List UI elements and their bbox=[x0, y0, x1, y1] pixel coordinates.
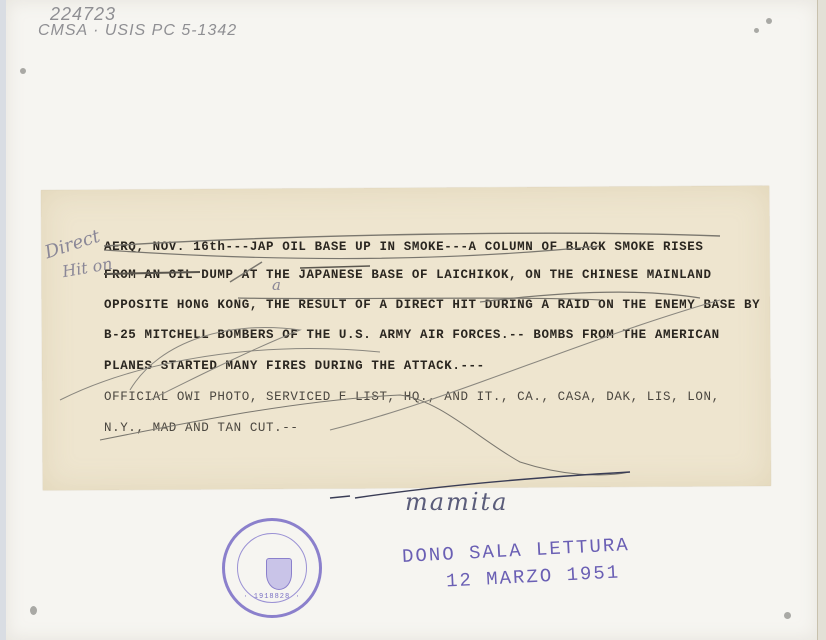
caption-line-7: N.Y., MAD AND TAN CUT.-- bbox=[104, 421, 298, 435]
archive-reference: CMSA · USIS PC 5-1342 bbox=[38, 22, 237, 40]
seal-text: · 1918828 · bbox=[225, 593, 319, 601]
paper-spot bbox=[784, 612, 791, 619]
caption-line-1: AERQ, NOV. 16th---JAP OIL BASE UP IN SMO… bbox=[104, 240, 704, 254]
caption-line-4: B-25 MITCHELL BOMBERS OF THE U.S. ARMY A… bbox=[104, 328, 720, 342]
caption-line-2: FROM AN OIL DUMP AT THE JAPANESE BASE OF… bbox=[104, 268, 712, 282]
caption-line-6: OFFICIAL OWI PHOTO, SERVICED E LIST, HQ.… bbox=[104, 390, 720, 404]
caption-line-5: PLANES STARTED MANY FIRES DURING THE ATT… bbox=[104, 359, 485, 373]
library-seal-stamp: · 1918828 · bbox=[222, 518, 322, 618]
paper-spot bbox=[754, 28, 759, 33]
caption-line-3: OPPOSITE HONG KONG, THE RESULT OF A DIRE… bbox=[104, 298, 760, 312]
paper-spot bbox=[766, 18, 772, 24]
handwritten-signature: mamita bbox=[405, 488, 508, 516]
shield-icon bbox=[266, 558, 292, 590]
paper-spot bbox=[30, 606, 37, 615]
photo-edge-right bbox=[817, 0, 826, 640]
inline-correction: a bbox=[272, 276, 281, 294]
paper-spot bbox=[20, 68, 26, 74]
